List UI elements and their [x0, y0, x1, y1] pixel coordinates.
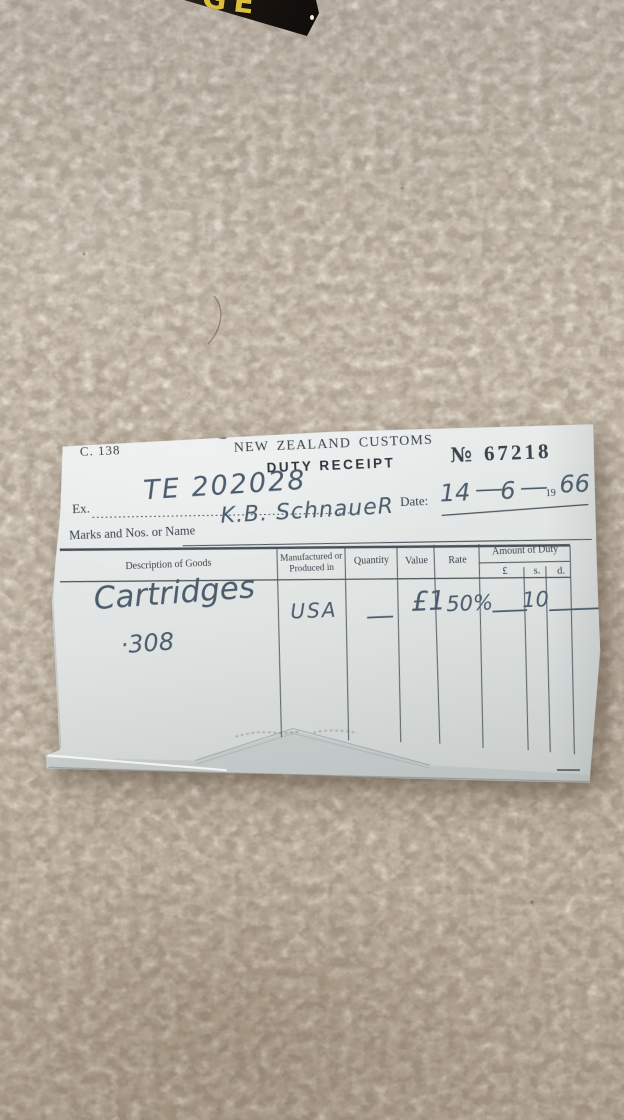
cell-quantity-dash: —	[365, 603, 395, 628]
header-value: Value	[398, 555, 434, 568]
form-number: C. 138	[80, 443, 121, 458]
duty-receipt: C. 138 NEW ZEALAND CUSTOMS DUTY RECEIPT …	[32, 391, 624, 810]
pen-mark	[211, 432, 226, 438]
header-pence: d.	[548, 566, 574, 578]
date-year: 66	[559, 471, 590, 496]
cell-value: £1	[411, 587, 446, 615]
cell-description-caliber: ·308	[120, 629, 175, 657]
header-pounds: £	[490, 566, 520, 578]
numero-symbol: №	[450, 442, 473, 467]
cell-duty-shillings: 10	[522, 589, 550, 611]
date-dash: —	[519, 477, 548, 500]
receipt-paper: C. 138 NEW ZEALAND CUSTOMS DUTY RECEIPT …	[32, 391, 624, 810]
cell-origin: USA	[290, 600, 338, 622]
receipt-number-value: 67218	[484, 439, 552, 466]
header-rate: Rate	[436, 554, 478, 567]
photo-scene: GE	[0, 0, 624, 1120]
bottom-rule-fragment	[557, 769, 580, 771]
cell-rate: 50%	[446, 592, 493, 615]
cell-duty-pence-dash: —	[546, 595, 602, 621]
header-shillings: s.	[526, 566, 548, 577]
header-quantity: Quantity	[347, 554, 395, 567]
ex-label: Ex.	[72, 502, 90, 516]
box-speck	[310, 15, 314, 20]
receipt-number: №67218	[450, 441, 552, 466]
date-dash: —	[474, 479, 503, 502]
amount-underline	[479, 559, 570, 565]
date-day: 14	[439, 480, 470, 505]
header-manufactured-in: Manufactured or Produced in	[279, 551, 344, 575]
date-label: Date:	[400, 494, 429, 508]
